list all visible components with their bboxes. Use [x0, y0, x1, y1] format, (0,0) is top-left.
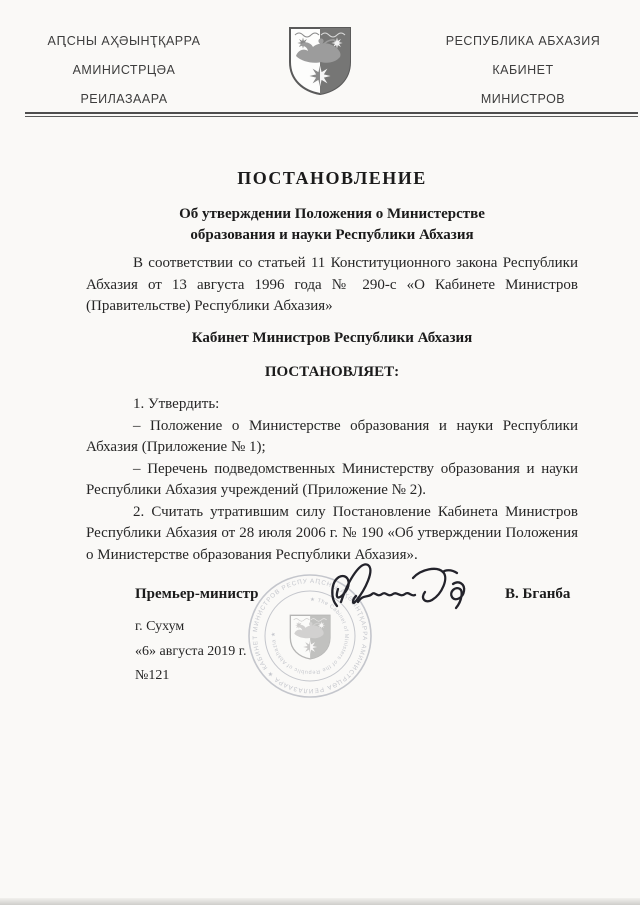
- header-left-line-2: АМИНИСТРЦӘА: [28, 56, 220, 85]
- document-title: ПОСТАНОВЛЕНИЕ: [85, 168, 579, 189]
- intro-paragraph: В соответствии со статьей 11 Конституцио…: [86, 253, 578, 318]
- header-left-line-1: АԤСНЫ АҲӘЫНҬҚАРРА: [28, 27, 220, 56]
- header-divider-rule: [25, 112, 638, 117]
- abkhazia-coat-of-arms-icon: [288, 26, 352, 96]
- resolves-line: ПОСТАНОВЛЯЕТ:: [85, 364, 579, 381]
- header-russian-name: РЕСПУБЛИКА АБХАЗИЯ КАБИНЕТ МИНИСТРОВ: [438, 27, 608, 114]
- handwritten-signature: [325, 556, 475, 624]
- authority-line: Кабинет Министров Республики Абхазия: [85, 330, 579, 347]
- decree-item-1a: – Положение о Министерстве образования и…: [86, 416, 578, 459]
- decree-item-1: 1. Утвердить:: [86, 394, 578, 416]
- document-subtitle: Об утверждении Положения о Министерстве …: [85, 204, 579, 246]
- decree-item-1b: – Перечень подведомственных Министерству…: [86, 459, 578, 502]
- stamp-center-emblem: [290, 615, 330, 659]
- header-left-line-3: РЕИЛАЗААРА: [28, 85, 220, 114]
- header-right-line-3: МИНИСТРОВ: [438, 85, 608, 114]
- header-right-line-1: РЕСПУБЛИКА АБХАЗИЯ: [438, 27, 608, 56]
- scanned-decree-page: АԤСНЫ АҲӘЫНҬҚАРРА АМИНИСТРЦӘА РЕИЛАЗААРА: [0, 0, 640, 905]
- city-line: г. Сухум: [135, 619, 184, 635]
- subtitle-line-1: Об утверждении Положения о Министерстве: [85, 204, 579, 225]
- scan-edge-shadow: [0, 898, 640, 905]
- signer-post-label: Премьер-министр: [135, 586, 259, 603]
- date-line: «6» августа 2019 г.: [135, 644, 246, 660]
- decree-items: 1. Утвердить: – Положение о Министерстве…: [86, 394, 578, 566]
- header-abkhaz-name: АԤСНЫ АҲӘЫНҬҚАРРА АМИНИСТРЦӘА РЕИЛАЗААРА: [28, 27, 220, 114]
- subtitle-line-2: образования и науки Республики Абхазия: [85, 225, 579, 246]
- signer-name: В. Бганба: [505, 586, 570, 603]
- header-right-line-2: КАБИНЕТ: [438, 56, 608, 85]
- star-bottom-big: [310, 66, 331, 87]
- decree-number: №121: [135, 668, 169, 684]
